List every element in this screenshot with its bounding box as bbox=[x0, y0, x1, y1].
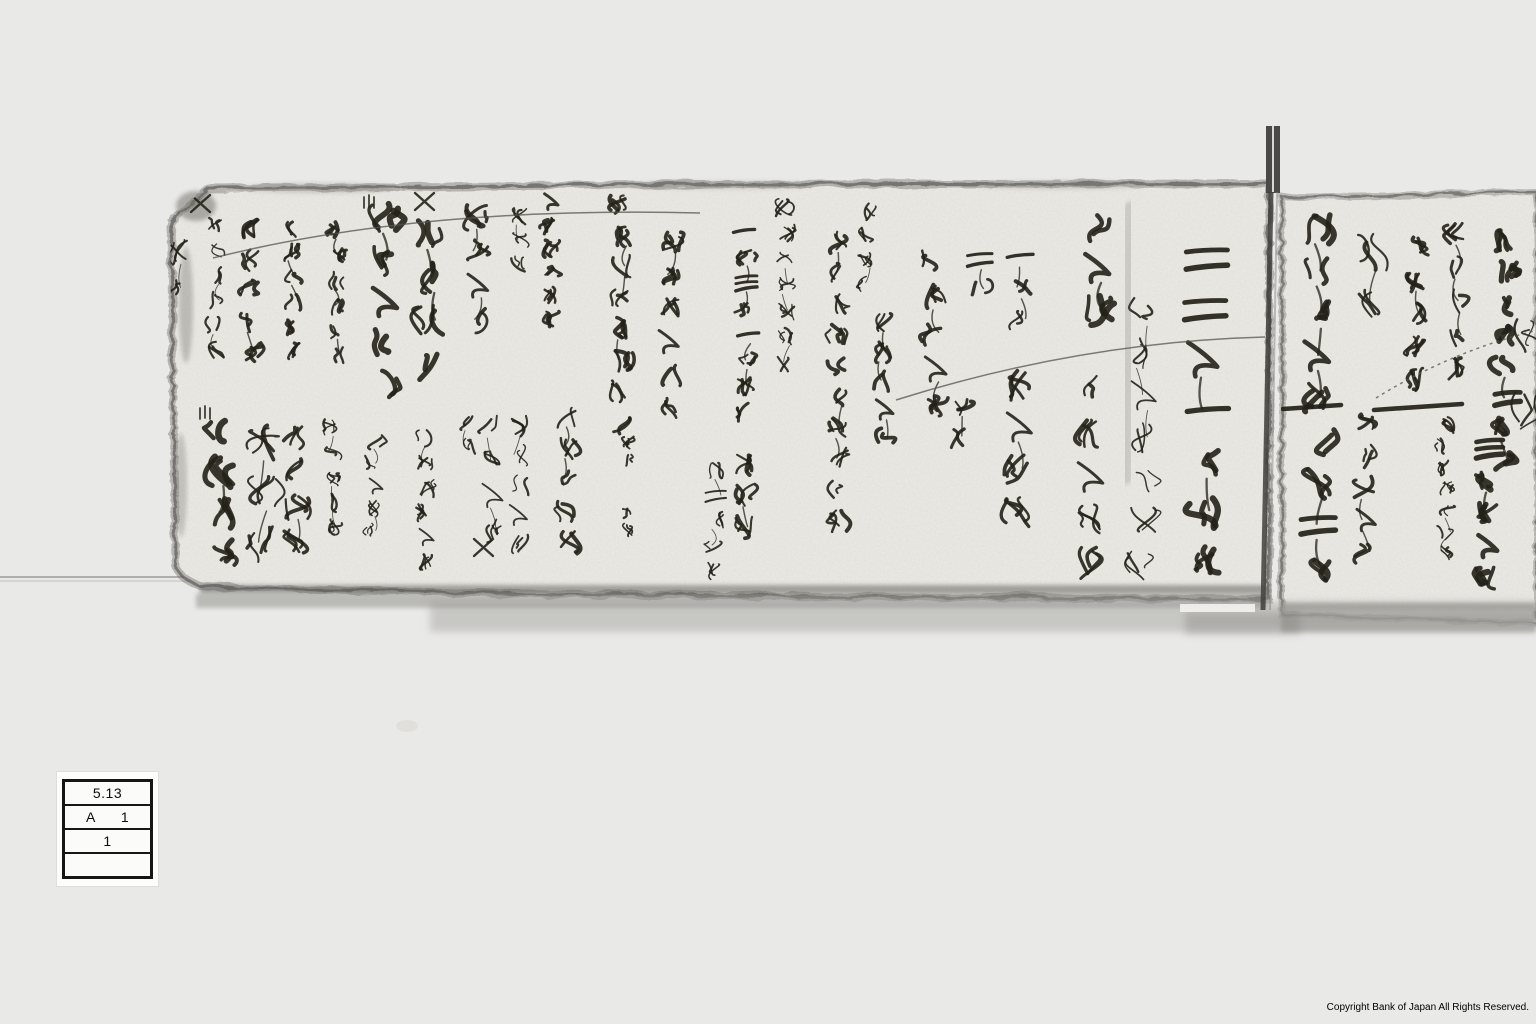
label-row-call-number: 5.13 bbox=[65, 782, 150, 806]
copyright-text: Copyright Bank of Japan All Rights Reser… bbox=[1327, 1002, 1529, 1013]
charcoal-smudge bbox=[1126, 208, 1130, 478]
label-row-empty bbox=[65, 854, 150, 876]
archive-label-sticker: 5.13 A 1 1 bbox=[57, 772, 158, 886]
label-cell: 5.13 bbox=[93, 785, 122, 801]
label-cell: 1 bbox=[121, 809, 129, 825]
label-row-series: A 1 bbox=[65, 806, 150, 830]
label-cell: A bbox=[86, 809, 96, 825]
label-cell: 1 bbox=[103, 833, 111, 849]
manuscript-scan: うキ下総久世様ニ灘り三新亀〆岁右蔚七ヌ文大くタイシカナ浩武縁キ入ヨクつ秘年〆人乃… bbox=[0, 0, 1536, 1024]
archive-label-table: 5.13 A 1 1 bbox=[62, 779, 153, 879]
background-smudge bbox=[396, 720, 418, 732]
scanned-document-page: うキ下総久世様ニ灘り三新亀〆岁右蔚七ヌ文大くタイシカナ浩武縁キ入ヨクつ秘年〆人乃… bbox=[0, 0, 1536, 1024]
label-row-volume: 1 bbox=[65, 830, 150, 854]
